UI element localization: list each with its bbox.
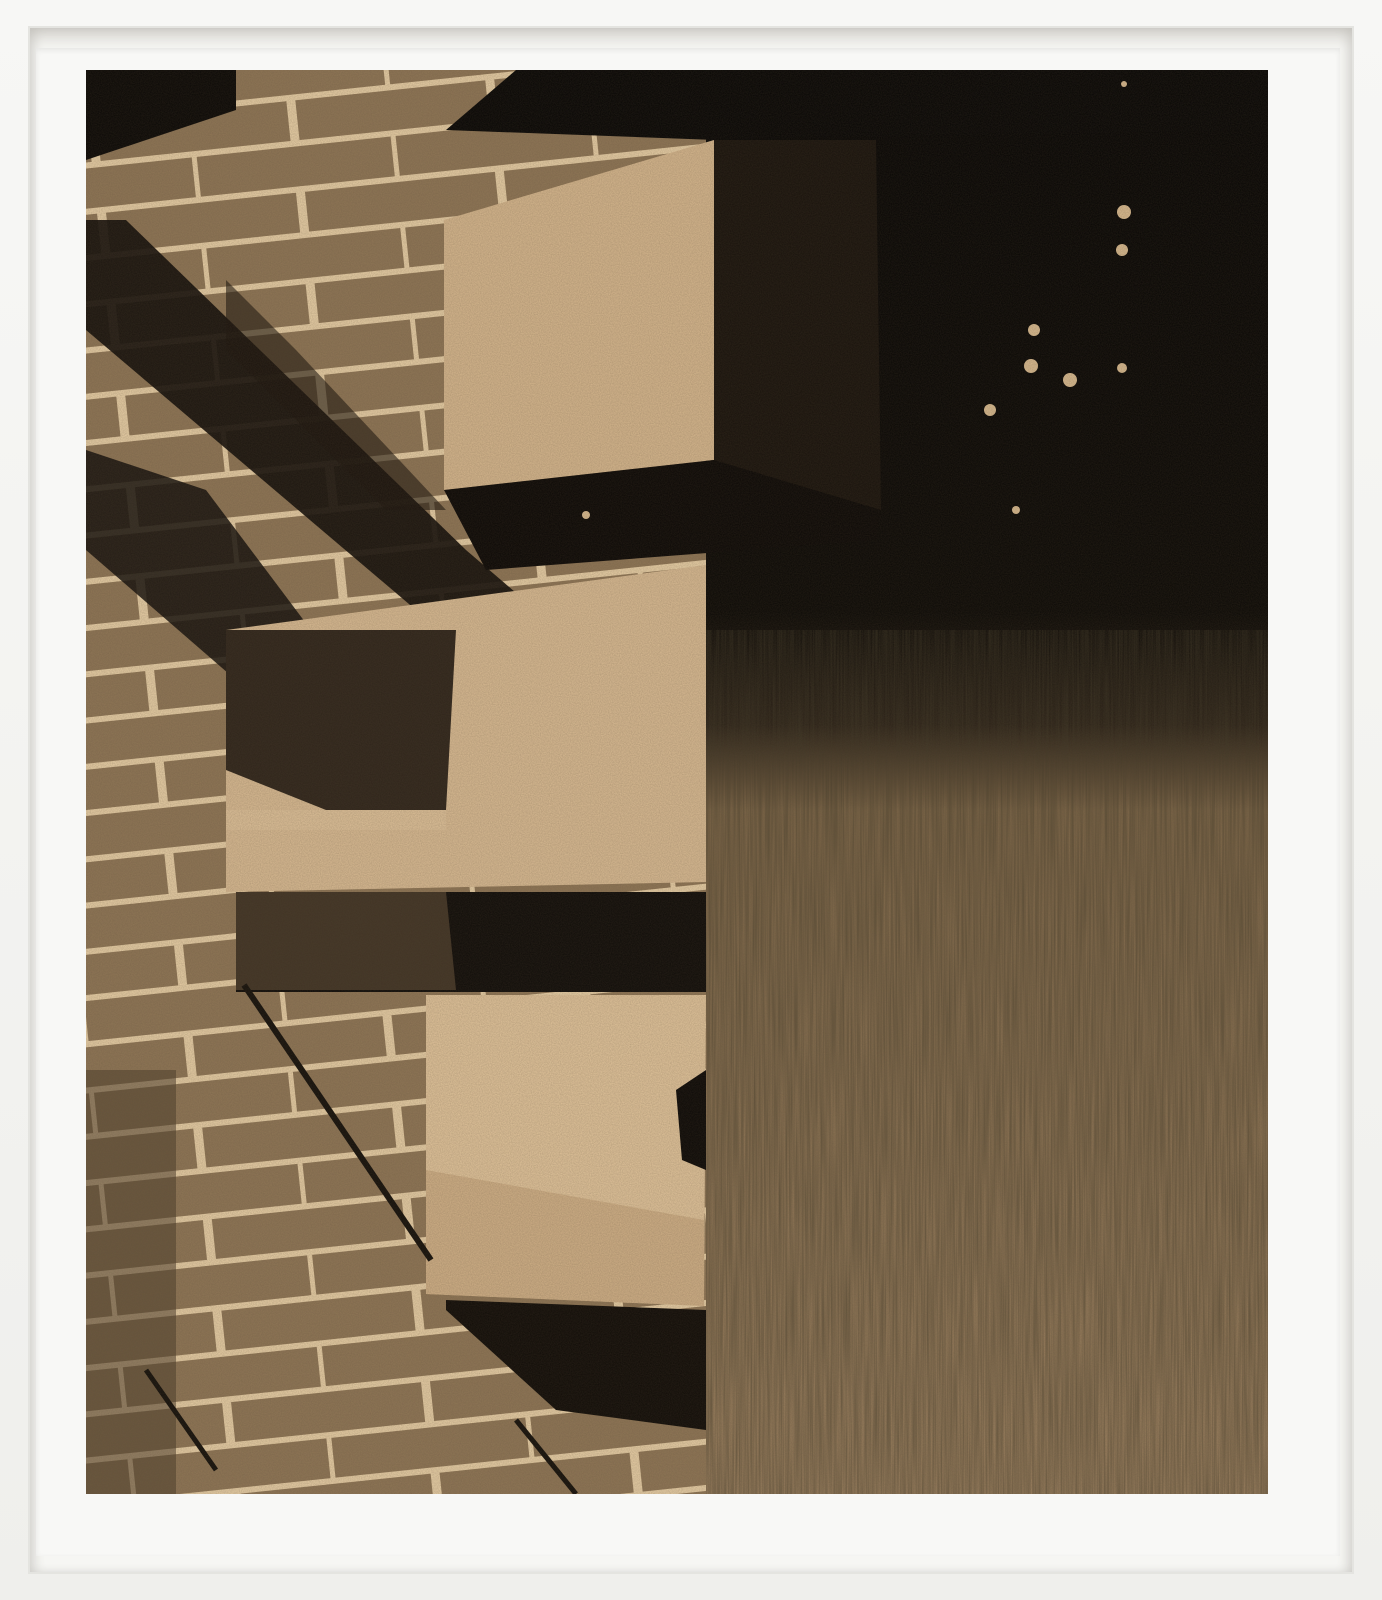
brick-wall-photo [86, 70, 1268, 1494]
photograph-print [86, 70, 1268, 1494]
picture-frame [0, 0, 1382, 1600]
